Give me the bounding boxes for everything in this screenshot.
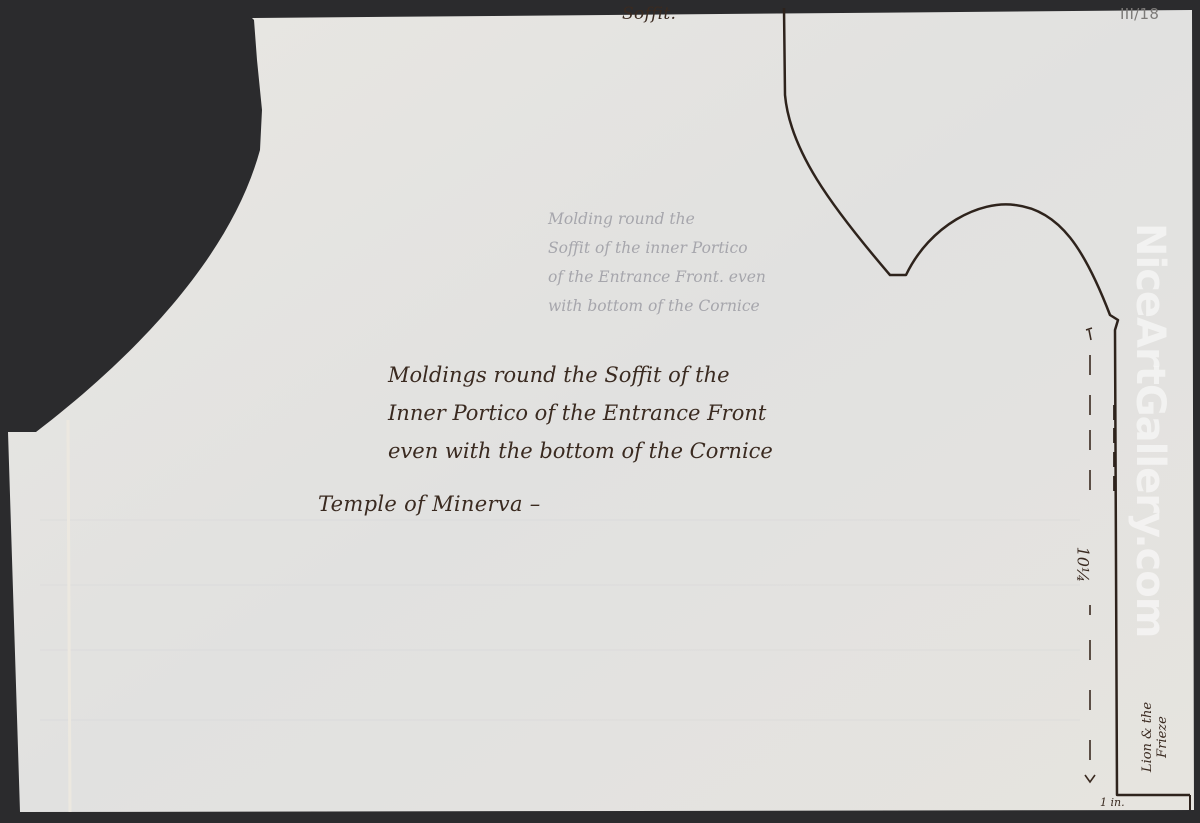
catalog-number: III/18 [1120,5,1159,23]
drawing-heading: Soffit. [622,4,676,24]
dimension-label: 10¼ [1073,547,1092,583]
subject-title: Temple of Minerva – [318,492,541,516]
side-annotation-line: Lion & the [1140,702,1155,772]
pencil-note-line: with bottom of the Cornice [548,292,766,321]
side-annotation: Lion & the Frieze [1140,702,1170,772]
side-annotation-line: Frieze [1155,702,1170,772]
ink-caption-line: Moldings round the Soffit of the [388,356,773,394]
ink-caption-line: Inner Portico of the Entrance Front [388,394,773,432]
watermark: NiceArtGallery.com [1127,223,1173,623]
pencil-note-line: Molding round the [548,205,766,234]
document-viewer: Soffit. III/18 Molding round the Soffit … [0,0,1200,823]
pencil-note-line: of the Entrance Front. even [548,263,766,292]
pencil-note-line: Soffit of the inner Portico [548,234,766,263]
pencil-note: Molding round the Soffit of the inner Po… [548,205,766,321]
ink-caption: Moldings round the Soffit of the Inner P… [388,356,773,470]
ink-caption-line: even with the bottom of the Cornice [388,432,773,470]
bottom-dimension-label: 1 in. [1100,796,1125,809]
